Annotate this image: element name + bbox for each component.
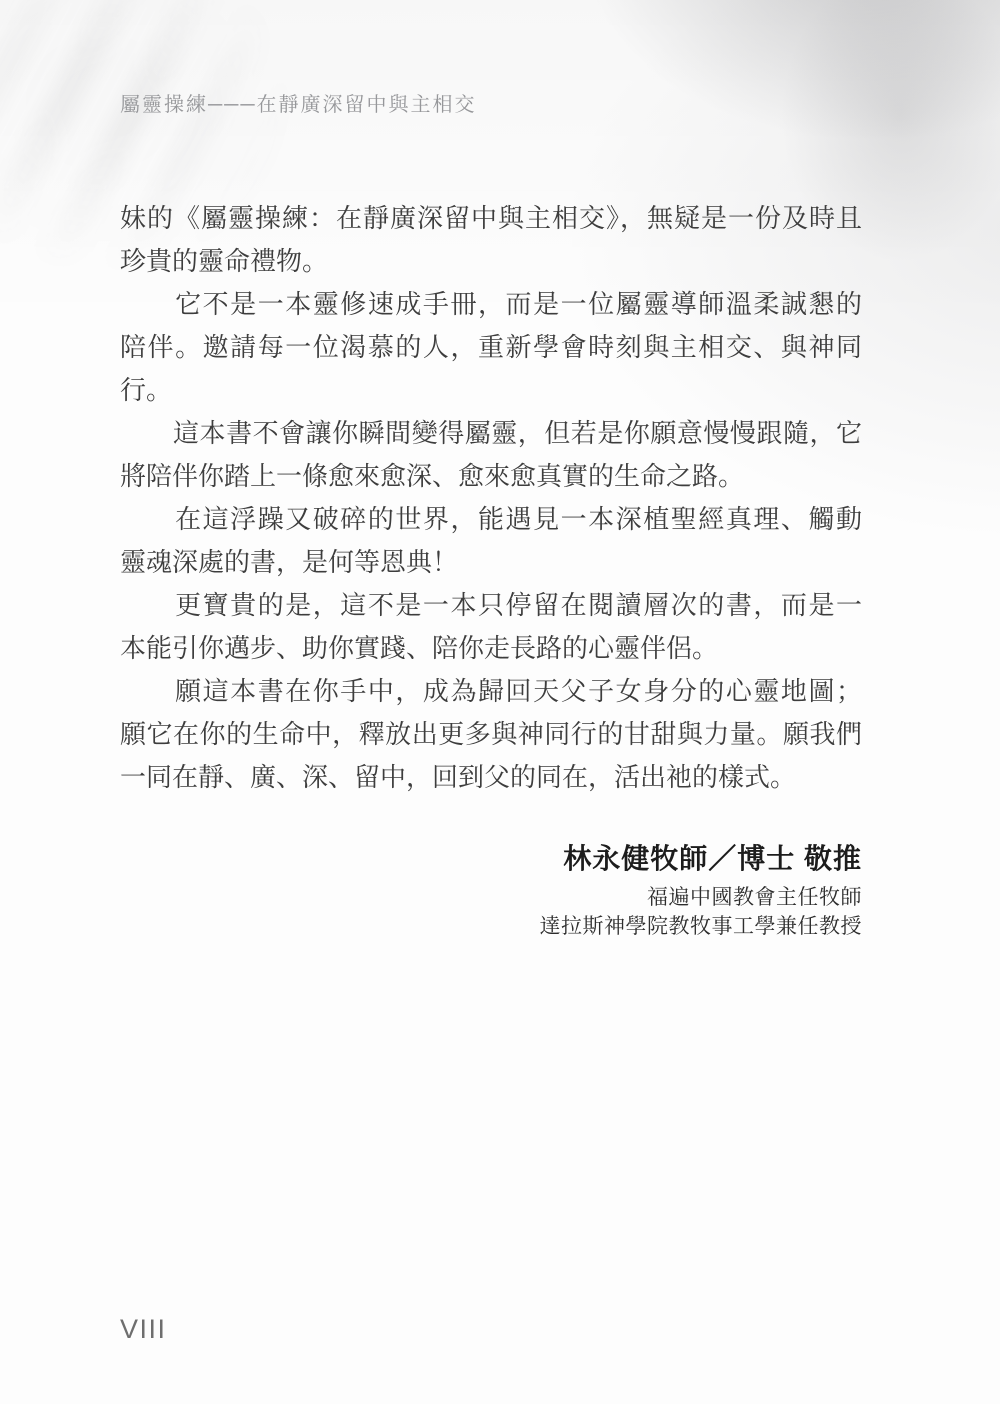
signature-block: 林永健牧師／博士 敬推 福遍中國教會主任牧師 達拉斯神學院教牧事工學兼任教授: [540, 840, 863, 941]
body-line: 願這本書在你手中，成為歸回天父子女身分的心靈地圖；: [120, 670, 862, 713]
body-line: 本能引你邁步、助你實踐、陪你走長路的心靈伴侶。: [120, 627, 862, 670]
body-line: 陪伴。邀請每一位渴慕的人，重新學會時刻與主相交、與神同: [120, 326, 862, 369]
running-header-title: 屬靈操練───在靜廣深留中與主相交: [120, 94, 477, 116]
page-number: VIII: [120, 1314, 167, 1345]
body-line: 在這浮躁又破碎的世界，能遇見一本深植聖經真理、觸動: [120, 498, 862, 541]
body-line: 更寶貴的是，這不是一本只停留在閱讀層次的書，而是一: [120, 584, 862, 627]
body-line: 靈魂深處的書，是何等恩典！: [120, 541, 862, 584]
body-line: 一同在靜、廣、深、留中，回到父的同在，活出祂的樣式。: [120, 756, 862, 799]
body-line: 行。: [120, 369, 862, 412]
body-line: 珍貴的靈命禮物。: [120, 240, 862, 283]
recommender-title-2: 達拉斯神學院教牧事工學兼任教授: [540, 912, 863, 941]
body-line: 將陪伴你踏上一條愈來愈深、愈來愈真實的生命之路。: [120, 455, 862, 498]
body-line: 它不是一本靈修速成手冊，而是一位屬靈導師溫柔誠懇的: [120, 283, 862, 326]
recommender-name: 林永健牧師／博士 敬推: [540, 840, 863, 878]
running-header: 屬靈操練───在靜廣深留中與主相交: [120, 88, 477, 117]
body-line: 願它在你的生命中，釋放出更多與神同行的甘甜與力量。願我們: [120, 713, 862, 756]
body-line: 妹的《屬靈操練：在靜廣深留中與主相交》，無疑是一份及時且: [120, 197, 862, 240]
recommender-title-1: 福遍中國教會主任牧師: [540, 883, 863, 912]
body-line: 這本書不會讓你瞬間變得屬靈，但若是你願意慢慢跟隨，它: [120, 412, 862, 455]
body-text-block: 妹的《屬靈操練：在靜廣深留中與主相交》，無疑是一份及時且珍貴的靈命禮物。 它不是…: [120, 197, 862, 799]
